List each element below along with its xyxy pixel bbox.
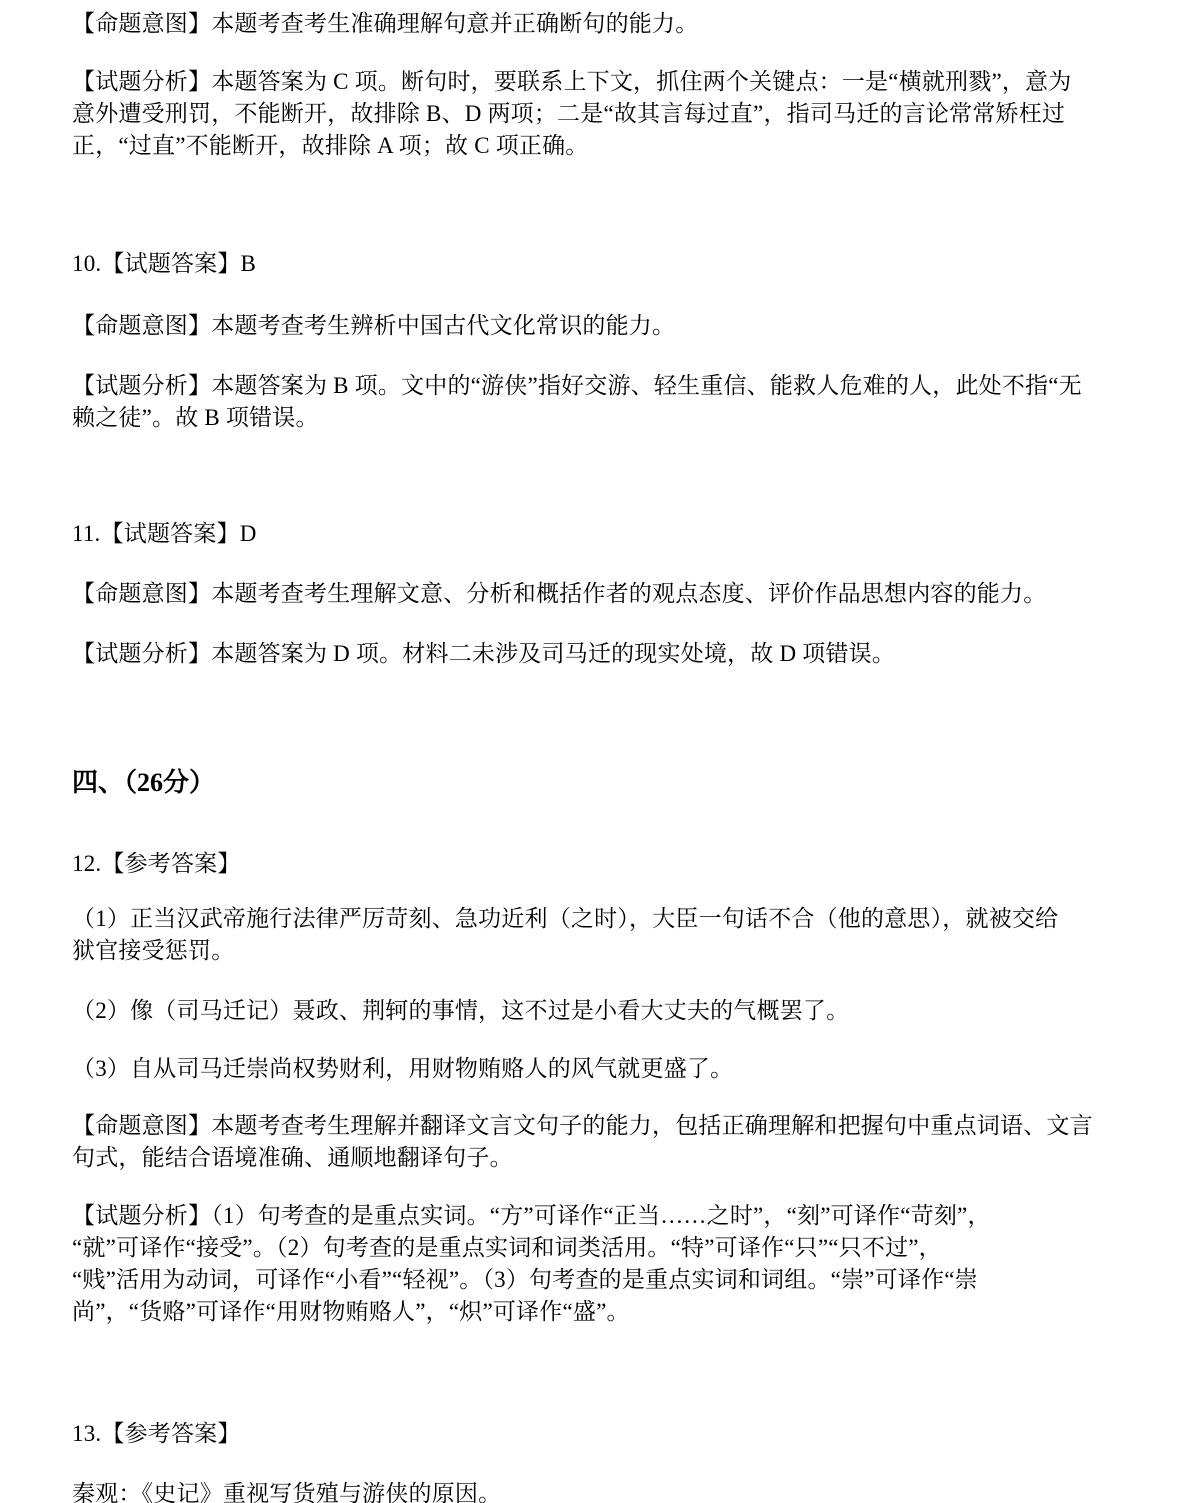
- translation-item-2: （2）像（司马迁记）聂政、荆轲的事情，这不过是小看大丈夫的气概罢了。: [72, 995, 1122, 1027]
- answer-line-q11: 11.【试题答案】D: [72, 518, 1122, 550]
- document-page: { "page": { "background_color": "#ffffff…: [0, 0, 1190, 1503]
- analysis-note-q12: 【试题分析】（1）句考查的是重点实词。“方”可译作“正当……之时”，“刻”可译作…: [72, 1200, 1122, 1328]
- analysis-note-q11: 【试题分析】本题答案为 D 项。材料二未涉及司马迁的现实处境，故 D 项错误。: [72, 638, 1122, 670]
- translation-item-1: （1）正当汉武帝施行法律严厉苛刻、急功近利（之时），大臣一句话不合（他的意思），…: [72, 903, 1122, 967]
- translation-item-3: （3）自从司马迁崇尚权势财利，用财物贿赂人的风气就更盛了。: [72, 1053, 1122, 1085]
- analysis-note-q9: 【试题分析】本题答案为 C 项。断句时，要联系上下文，抓住两个关键点：一是“横就…: [72, 66, 1122, 162]
- section-heading-four: 四、（26分）: [72, 763, 1122, 803]
- intent-note-q9: 【命题意图】本题考查考生准确理解句意并正确断句的能力。: [72, 8, 1122, 40]
- intent-note-q11: 【命题意图】本题考查考生理解文意、分析和概括作者的观点态度、评价作品思想内容的能…: [72, 578, 1122, 610]
- intent-note-q12: 【命题意图】本题考查考生理解并翻译文言文句子的能力，包括正确理解和把握句中重点词…: [72, 1110, 1122, 1174]
- answer-line-q13: 秦观：《史记》重视写货殖与游侠的原因。: [72, 1478, 1122, 1503]
- answer-key-document: 【命题意图】本题考查考生准确理解句意并正确断句的能力。 【试题分析】本题答案为 …: [0, 0, 1190, 1503]
- answer-line-q10: 10.【试题答案】B: [72, 248, 1122, 280]
- answer-header-q13: 13.【参考答案】: [72, 1418, 1122, 1450]
- intent-note-q10: 【命题意图】本题考查考生辨析中国古代文化常识的能力。: [72, 310, 1122, 342]
- answer-header-q12: 12.【参考答案】: [72, 848, 1122, 880]
- analysis-note-q10: 【试题分析】本题答案为 B 项。文中的“游侠”指好交游、轻生重信、能救人危难的人…: [72, 370, 1122, 434]
